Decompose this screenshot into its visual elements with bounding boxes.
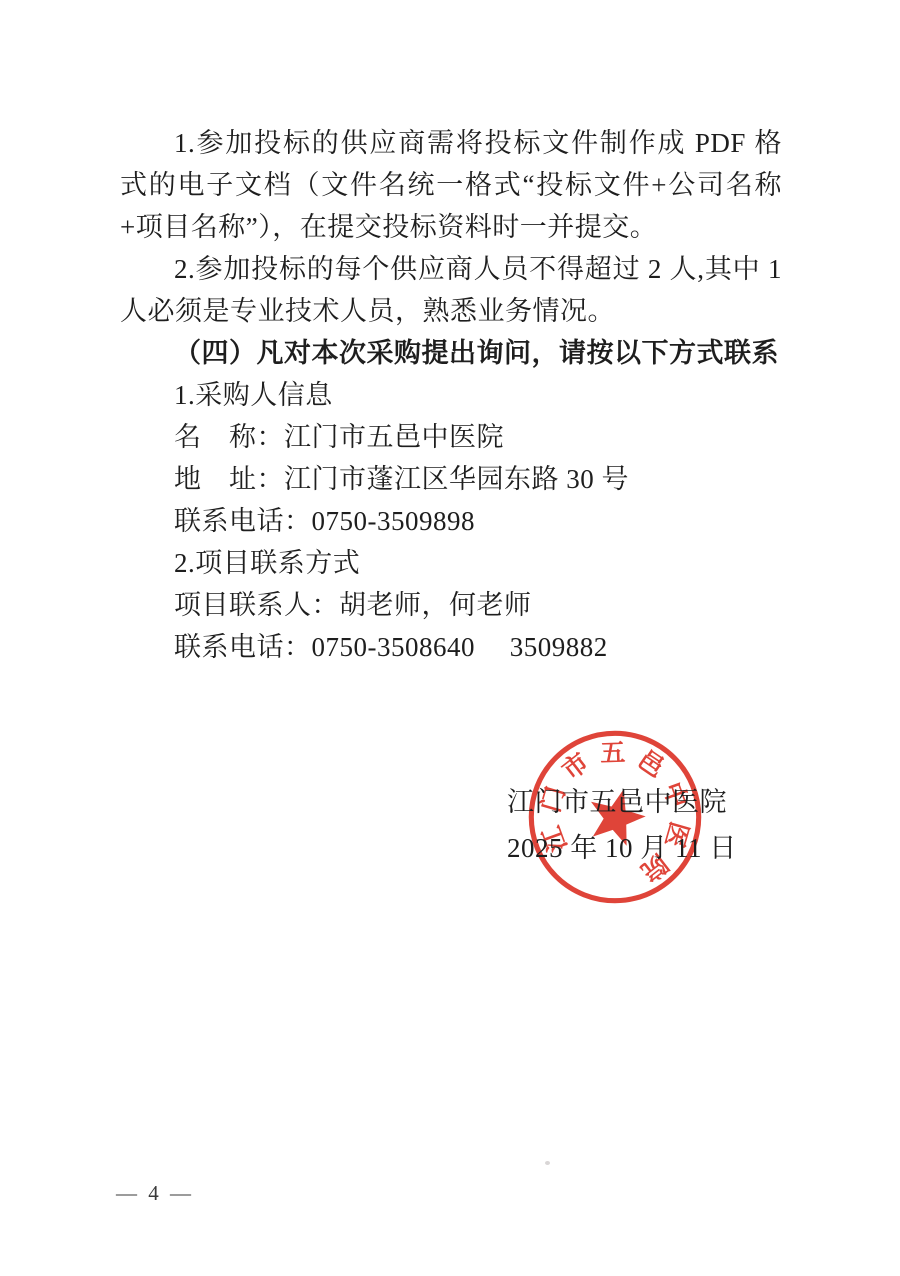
seal-char: 五 [600, 740, 626, 768]
document-body: 1.参加投标的供应商需将投标文件制作成 PDF 格式的电子文档（文件名统一格式“… [120, 122, 782, 668]
purchaser-phone-line: 联系电话：0750-3509898 [120, 500, 782, 542]
signature-organization: 江门市五邑中医院 [507, 779, 737, 825]
paragraph-personnel-limit: 2.参加投标的每个供应商人员不得超过 2 人,其中 1 人必须是专业技术人员，熟… [120, 248, 782, 332]
purchaser-name-line: 名 称：江门市五邑中医院 [120, 416, 782, 458]
project-contact-person-line: 项目联系人：胡老师，何老师 [120, 584, 782, 626]
signature-date: 2025 年 10 月 11 日 [507, 825, 737, 871]
page-number: — 4 — [116, 1181, 194, 1206]
signature-block: 江门市五邑中医院 2025 年 10 月 11 日 [507, 779, 737, 871]
purchaser-address-line: 地 址：江门市蓬江区华园东路 30 号 [120, 458, 782, 500]
paragraph-bid-pdf-format: 1.参加投标的供应商需将投标文件制作成 PDF 格式的电子文档（文件名统一格式“… [120, 122, 782, 248]
paragraph-project-contact-title: 2.项目联系方式 [120, 542, 782, 584]
section-heading-inquiry-contact: （四）凡对本次采购提出询问，请按以下方式联系 [120, 332, 782, 374]
scan-noise-speck [545, 1161, 550, 1165]
paragraph-purchaser-info-title: 1.采购人信息 [120, 374, 782, 416]
project-contact-phone-line: 联系电话：0750-3508640 3509882 [120, 626, 782, 668]
document-page: 1.参加投标的供应商需将投标文件制作成 PDF 格式的电子文档（文件名统一格式“… [0, 0, 900, 1276]
